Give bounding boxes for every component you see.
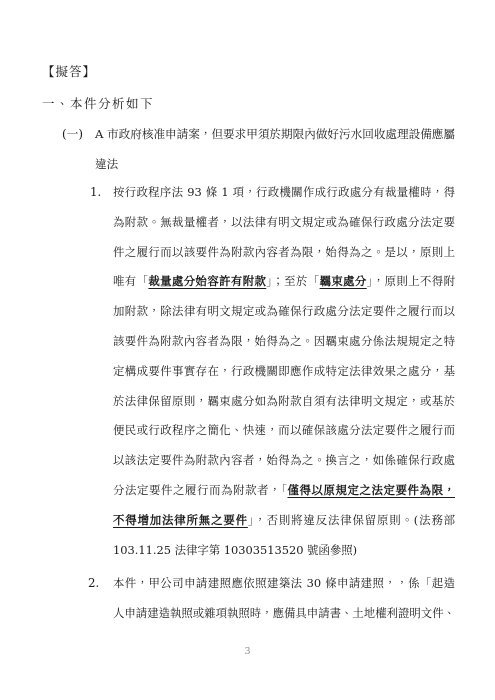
page-number: 3 [0, 646, 495, 657]
item-number: 2. [88, 568, 99, 598]
text-line: A 市政府核准申請案，但要求甲須於期限內做好污水回收處理設備應屬 [95, 119, 455, 149]
text-line: 件之履行而以該要件為附款內容者為限，始得為之。是以，原則上 [113, 238, 455, 268]
numbered-item-1: 1. 按行政程序法 93 條 1 項，行政機關作成行政處分有裁量權時，得為附款。… [90, 178, 460, 565]
text-line: 不得增加法律所無之要件」，否則將違反法律保留原則。(法務部 [113, 506, 455, 536]
text-line: 便民或行政程序之簡化、快速，而以確保該處分法定要件之履行而 [113, 416, 455, 446]
item-number: 1. [90, 178, 101, 208]
subsection-label: (一) [62, 119, 83, 149]
text-line: 唯有「裁量處分始容許有附款」；至於「羈束處分」，原則上不得附 [113, 267, 455, 297]
text-line: 本件，甲公司申請建照應依照建築法 30 條申請建照，，係「起造 [113, 568, 455, 598]
text-line: 人申請建造執照或雜項執照時，應備具申請書、土地權利證明文件、 [113, 598, 455, 628]
text-line: 加附款，除法律有明文規定或為確保行政處分法定要件之履行而以 [113, 297, 455, 327]
text-line: 為附款。無裁量權者，以法律有明文規定或為確保行政處分法定要 [113, 208, 455, 238]
text-line: 定構成要件事實存在，行政機關即應作成特定法律效果之處分，基 [113, 357, 455, 387]
subsection-text: A 市政府核准申請案，但要求甲須於期限內做好污水回收處理設備應屬違法 [95, 119, 455, 179]
document-page: 【擬答】 一、本件分析如下 (一) A 市政府核准申請案，但要求甲須於期限內做好… [0, 0, 495, 700]
item-text: 本件，甲公司申請建照應依照建築法 30 條申請建照，，係「起造人申請建造執照或雜… [113, 568, 455, 628]
section-title: 一、本件分析如下 [42, 96, 154, 111]
text-line: 於法律保留原則，羈束處分如為附款自須有法律明文規定，或基於 [113, 387, 455, 417]
item-text: 按行政程序法 93 條 1 項，行政機關作成行政處分有裁量權時，得為附款。無裁量… [113, 178, 455, 565]
text-line: 該要件為附款內容者為限，始得為之。因羈束處分係法規規定之特 [113, 327, 455, 357]
text-line: 103.11.25 法律字第 10303513520 號函參照) [113, 536, 455, 566]
numbered-item-2: 2. 本件，甲公司申請建照應依照建築法 30 條申請建照，，係「起造人申請建造執… [88, 568, 460, 628]
text-line: 按行政程序法 93 條 1 項，行政機關作成行政處分有裁量權時，得 [113, 178, 455, 208]
answer-heading: 【擬答】 [42, 64, 96, 79]
text-line: 違法 [95, 149, 455, 179]
text-line: 分法定要件之履行而為附款者，「僅得以原規定之法定要件為限， [113, 476, 455, 506]
text-line: 以該法定要件為附款內容者，始得為之。換言之，如係確保行政處 [113, 446, 455, 476]
subsection-block: (一) A 市政府核准申請案，但要求甲須於期限內做好污水回收處理設備應屬違法 [62, 119, 457, 179]
